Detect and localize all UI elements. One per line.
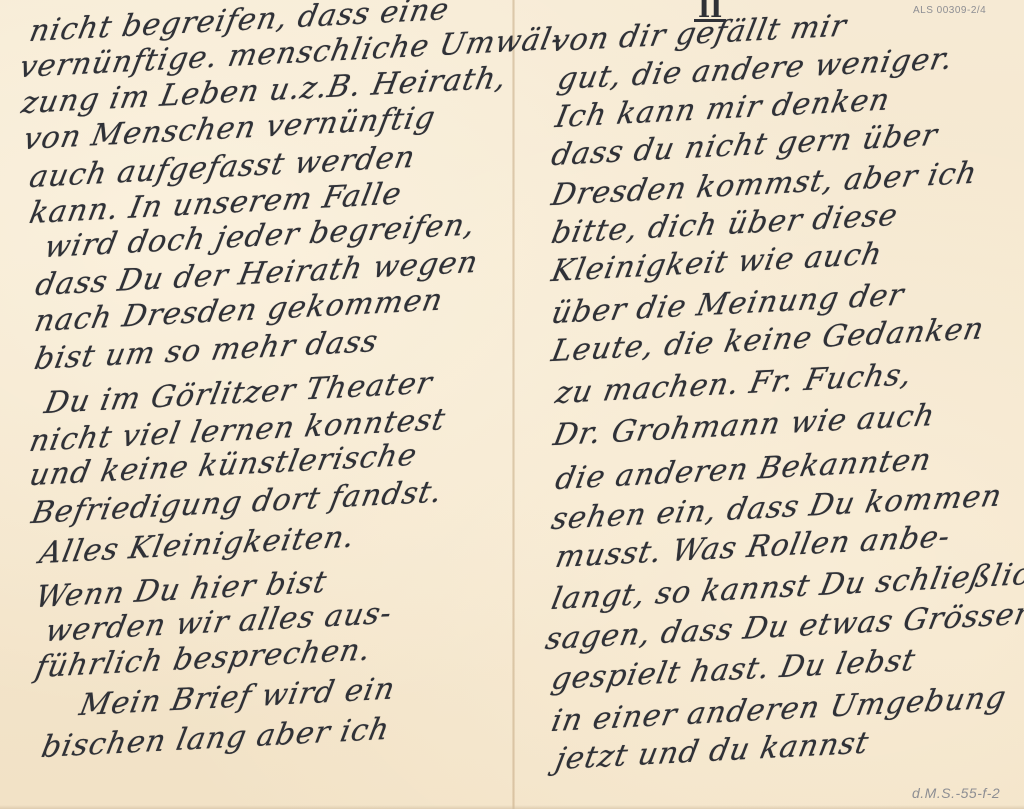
letter-scan: nicht begreifen, dass eine vernünftige. …	[0, 0, 1024, 809]
shelf-mark-label: d.M.S.-55-f-2	[912, 785, 1000, 801]
left-page: nicht begreifen, dass eine vernünftige. …	[0, 0, 510, 809]
center-fold	[512, 0, 515, 809]
right-page: II von dir gefällt mir gut, die andere w…	[516, 0, 1024, 809]
archive-id-label: ALS 00309-2/4	[913, 5, 986, 16]
